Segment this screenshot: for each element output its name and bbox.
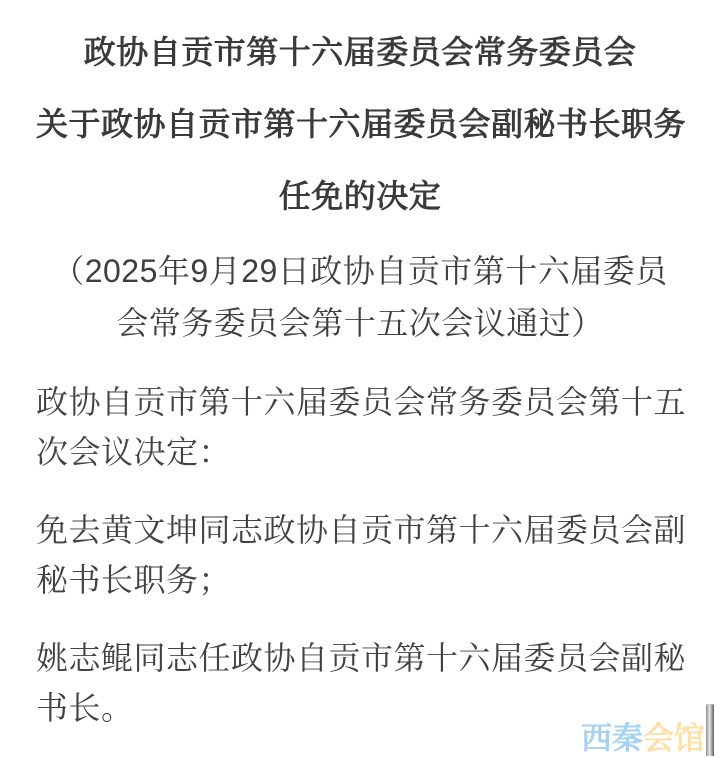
paragraph-removal: 免去黄文坤同志政协自贡市第十六届委员会副 秘书长职务； [36, 505, 684, 605]
meeting-note-line-2: 会常务委员会第十五次会议通过） [36, 297, 684, 349]
article-page: 政协自贡市第十六届委员会常务委员会 关于政协自贡市第十六届委员会副秘书长职务 任… [0, 0, 720, 758]
paragraph-line: 秘书长职务； [36, 555, 684, 605]
watermark-bar-icon [706, 704, 714, 756]
meeting-note-line-1: （2025年9月29日政协自贡市第十六届委员 [36, 245, 684, 297]
watermark: 西秦 会馆 [581, 704, 714, 756]
watermark-text-orange: 会馆 [643, 722, 705, 756]
paragraph-line: 次会议决定： [36, 427, 684, 477]
paragraph-line: 政协自贡市第十六届委员会常务委员会第十五 [36, 377, 684, 427]
watermark-text-blue: 西秦 [581, 722, 643, 756]
paragraph-decision: 政协自贡市第十六届委员会常务委员会第十五 次会议决定： [36, 377, 684, 477]
document-title-line-1: 关于政协自贡市第十六届委员会副秘书长职务 [36, 88, 684, 160]
document-title-line-2: 任免的决定 [36, 160, 684, 232]
document-content: 政协自贡市第十六届委员会常务委员会 关于政协自贡市第十六届委员会副秘书长职务 任… [0, 16, 720, 733]
paragraph-line: 免去黄文坤同志政协自贡市第十六届委员会副 [36, 505, 684, 555]
document-org-heading: 政协自贡市第十六届委员会常务委员会 [36, 16, 684, 88]
paragraph-line: 姚志鲲同志任政协自贡市第十六届委员会副秘 [36, 633, 684, 683]
